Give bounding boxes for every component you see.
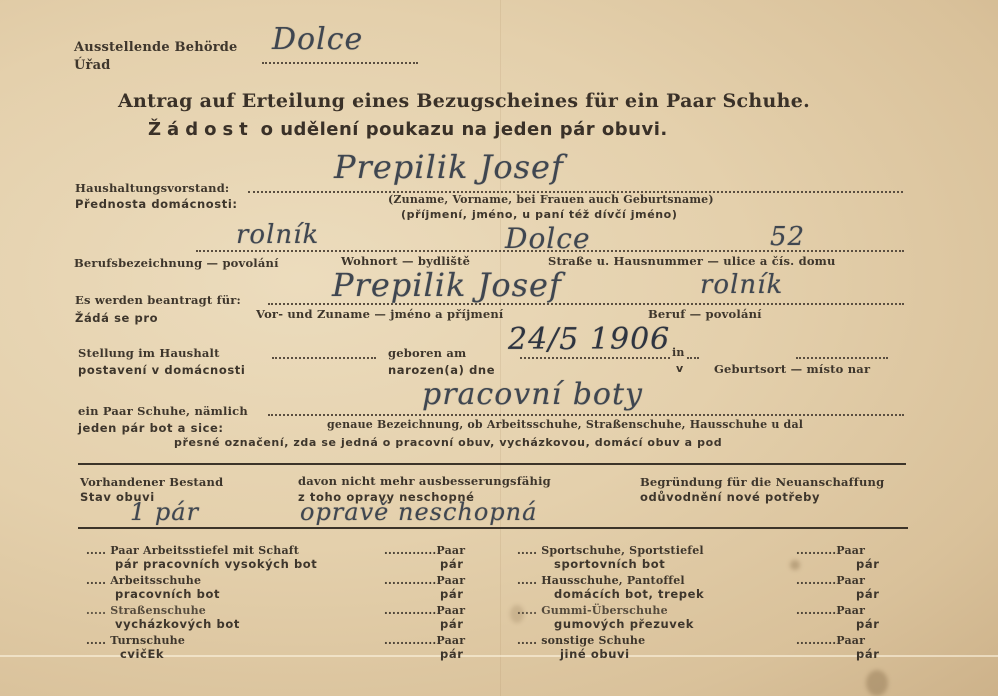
shoes-label-de: ein Paar Schuhe, nämlich (78, 404, 248, 418)
shoes-field[interactable] (268, 414, 904, 416)
quantity-blank[interactable]: ..... (517, 544, 541, 557)
section-divider (78, 463, 906, 465)
birth-date-field[interactable] (520, 357, 670, 359)
profession-label: Berufsbezeichnung — povolání (74, 256, 279, 270)
category-unit-cz: pár (440, 617, 463, 631)
residence-value: Dolce (505, 222, 591, 255)
category-item-left: ..... Turnschuhe (86, 634, 185, 647)
category-unit: ..........Paar (796, 634, 865, 647)
category-unit: .............Paar (384, 604, 465, 617)
category-unit: .............Paar (384, 634, 465, 647)
quantity-blank[interactable]: ..... (86, 634, 110, 647)
category-item-left: ..... Arbeitsschuhe (86, 574, 201, 587)
category-cz: pracovních bot (115, 587, 220, 601)
category-item-left: ..... Straßenschuhe (86, 604, 206, 617)
born-label-de: geboren am (388, 346, 466, 360)
category-item-left: ..... Paar Arbeitsstiefel mit Schaft (86, 544, 299, 557)
quantity-field[interactable]: .......... (796, 634, 836, 647)
reason-label-cz: odůvodnění nové potřeby (640, 490, 820, 504)
category-unit: ..........Paar (796, 574, 865, 587)
paper-stain (866, 670, 888, 696)
shoes-value: pracovní boty (422, 377, 643, 412)
category-unit-cz: pár (440, 587, 463, 601)
household-head-label-cz: Přednosta domácnosti: (75, 197, 238, 211)
household-head-value: Prepilik Josef (334, 148, 564, 186)
category-cz: vycházkových bot (115, 617, 240, 631)
applicant-label-cz: Žádá se pro (75, 311, 158, 325)
household-head-hint-cz: (příjmení, jméno, u paní též dívčí jméno… (401, 208, 677, 221)
category-cz: sportovních bot (554, 557, 665, 571)
quantity-field[interactable]: ............. (384, 544, 436, 557)
position-label-cz: postavení v domácnosti (78, 363, 245, 377)
category-cz: pár pracovních vysokých bot (115, 557, 317, 571)
issuing-authority-field[interactable] (262, 62, 418, 64)
birthplace-label: Geburtsort — místo nar (714, 362, 870, 376)
quantity-blank[interactable]: ..... (517, 634, 541, 647)
profession-value: rolník (236, 220, 319, 250)
birthplace-field[interactable] (796, 357, 888, 359)
birth-date-value: 24/5 1906 (508, 322, 670, 357)
birthplace-field-short[interactable] (687, 357, 699, 359)
quantity-blank[interactable]: ..... (517, 574, 541, 587)
category-unit: ..........Paar (796, 604, 865, 617)
street-label: Straße u. Hausnummer — ulice a čís. domu (548, 254, 836, 268)
applicant-profession-value: rolník (700, 270, 783, 300)
unrepairable-label-de: davon nicht mehr ausbesserungsfähig (298, 474, 551, 488)
category-unit-cz: pár (856, 617, 879, 631)
title-czech: Žádost o udělení poukazu na jeden pár ob… (148, 119, 668, 140)
reason-label-de: Begründung für die Neuanschaffung (640, 475, 884, 489)
category-unit-cz: pár (440, 647, 463, 661)
issuing-authority-label-de: Ausstellende Behörde (74, 40, 238, 55)
category-unit-cz: pár (856, 587, 879, 601)
category-item-right: ..... sonstige Schuhe (517, 634, 645, 647)
quantity-field[interactable]: ............. (384, 574, 436, 587)
title-german: Antrag auf Erteilung eines Bezugscheines… (118, 90, 810, 112)
shoes-hint-cz: přesné označení, zda se jedná o pracovní… (174, 436, 722, 449)
birthplace-in-de: in (672, 346, 685, 359)
existing-stock-label-de: Vorhandener Bestand (80, 475, 223, 489)
category-cz: jiné obuvi (560, 647, 630, 661)
household-head-label-de: Haushaltungsvorstand: (75, 181, 229, 195)
birthplace-in-cz: v (676, 362, 684, 375)
category-unit: .............Paar (384, 544, 465, 557)
category-item-right: ..... Gummi-Überschuhe (517, 604, 668, 617)
unrepairable-value: opravě neschopná (300, 498, 537, 526)
paper-stain (790, 560, 800, 570)
quantity-blank[interactable]: ..... (86, 544, 110, 557)
household-head-hint-de: (Zuname, Vorname, bei Frauen auch Geburt… (388, 193, 714, 206)
applicant-label-de: Es werden beantragt für: (75, 293, 241, 307)
category-unit: .............Paar (384, 574, 465, 587)
stock-divider (78, 527, 908, 529)
quantity-field[interactable]: ............. (384, 634, 436, 647)
category-unit: ..........Paar (796, 544, 865, 557)
quantity-blank[interactable]: ..... (517, 604, 541, 617)
quantity-field[interactable]: .......... (796, 574, 836, 587)
shoes-hint-de: genaue Bezeichnung, ob Arbeitsschuhe, St… (327, 418, 803, 431)
shoes-label-cz: jeden pár bot a sice: (78, 421, 224, 435)
existing-stock-value: 1 pár (130, 498, 199, 526)
category-unit-cz: pár (856, 557, 879, 571)
issuing-authority-label-cz: Úřad (74, 58, 111, 73)
category-cz: domácích bot, trepek (554, 587, 704, 601)
position-field[interactable] (272, 357, 376, 359)
position-label-de: Stellung im Haushalt (78, 346, 220, 360)
quantity-blank[interactable]: ..... (86, 604, 110, 617)
category-unit-cz: pár (440, 557, 463, 571)
quantity-field[interactable]: .......... (796, 544, 836, 557)
applicant-name-label: Vor- und Zuname — jméno a příjmení (256, 307, 503, 321)
category-item-right: ..... Sportschuhe, Sportstiefel (517, 544, 704, 557)
quantity-field[interactable]: ............. (384, 604, 436, 617)
issuing-authority-value: Dolce (272, 22, 363, 57)
street-value: 52 (770, 222, 805, 252)
category-item-right: ..... Hausschuhe, Pantoffel (517, 574, 685, 587)
title-czech-prefix: Žádost (148, 119, 254, 140)
title-czech-rest: o udělení poukazu na jeden pár obuvi. (261, 119, 668, 140)
applicant-profession-label: Beruf — povolání (648, 307, 762, 321)
applicant-name-value: Prepilik Josef (332, 266, 562, 304)
quantity-blank[interactable]: ..... (86, 574, 110, 587)
quantity-field[interactable]: .......... (796, 604, 836, 617)
category-unit-cz: pár (856, 647, 879, 661)
category-cz: cvičEk (120, 647, 164, 661)
born-label-cz: narozen(a) dne (388, 363, 495, 377)
category-cz: gumových přezuvek (554, 617, 694, 631)
